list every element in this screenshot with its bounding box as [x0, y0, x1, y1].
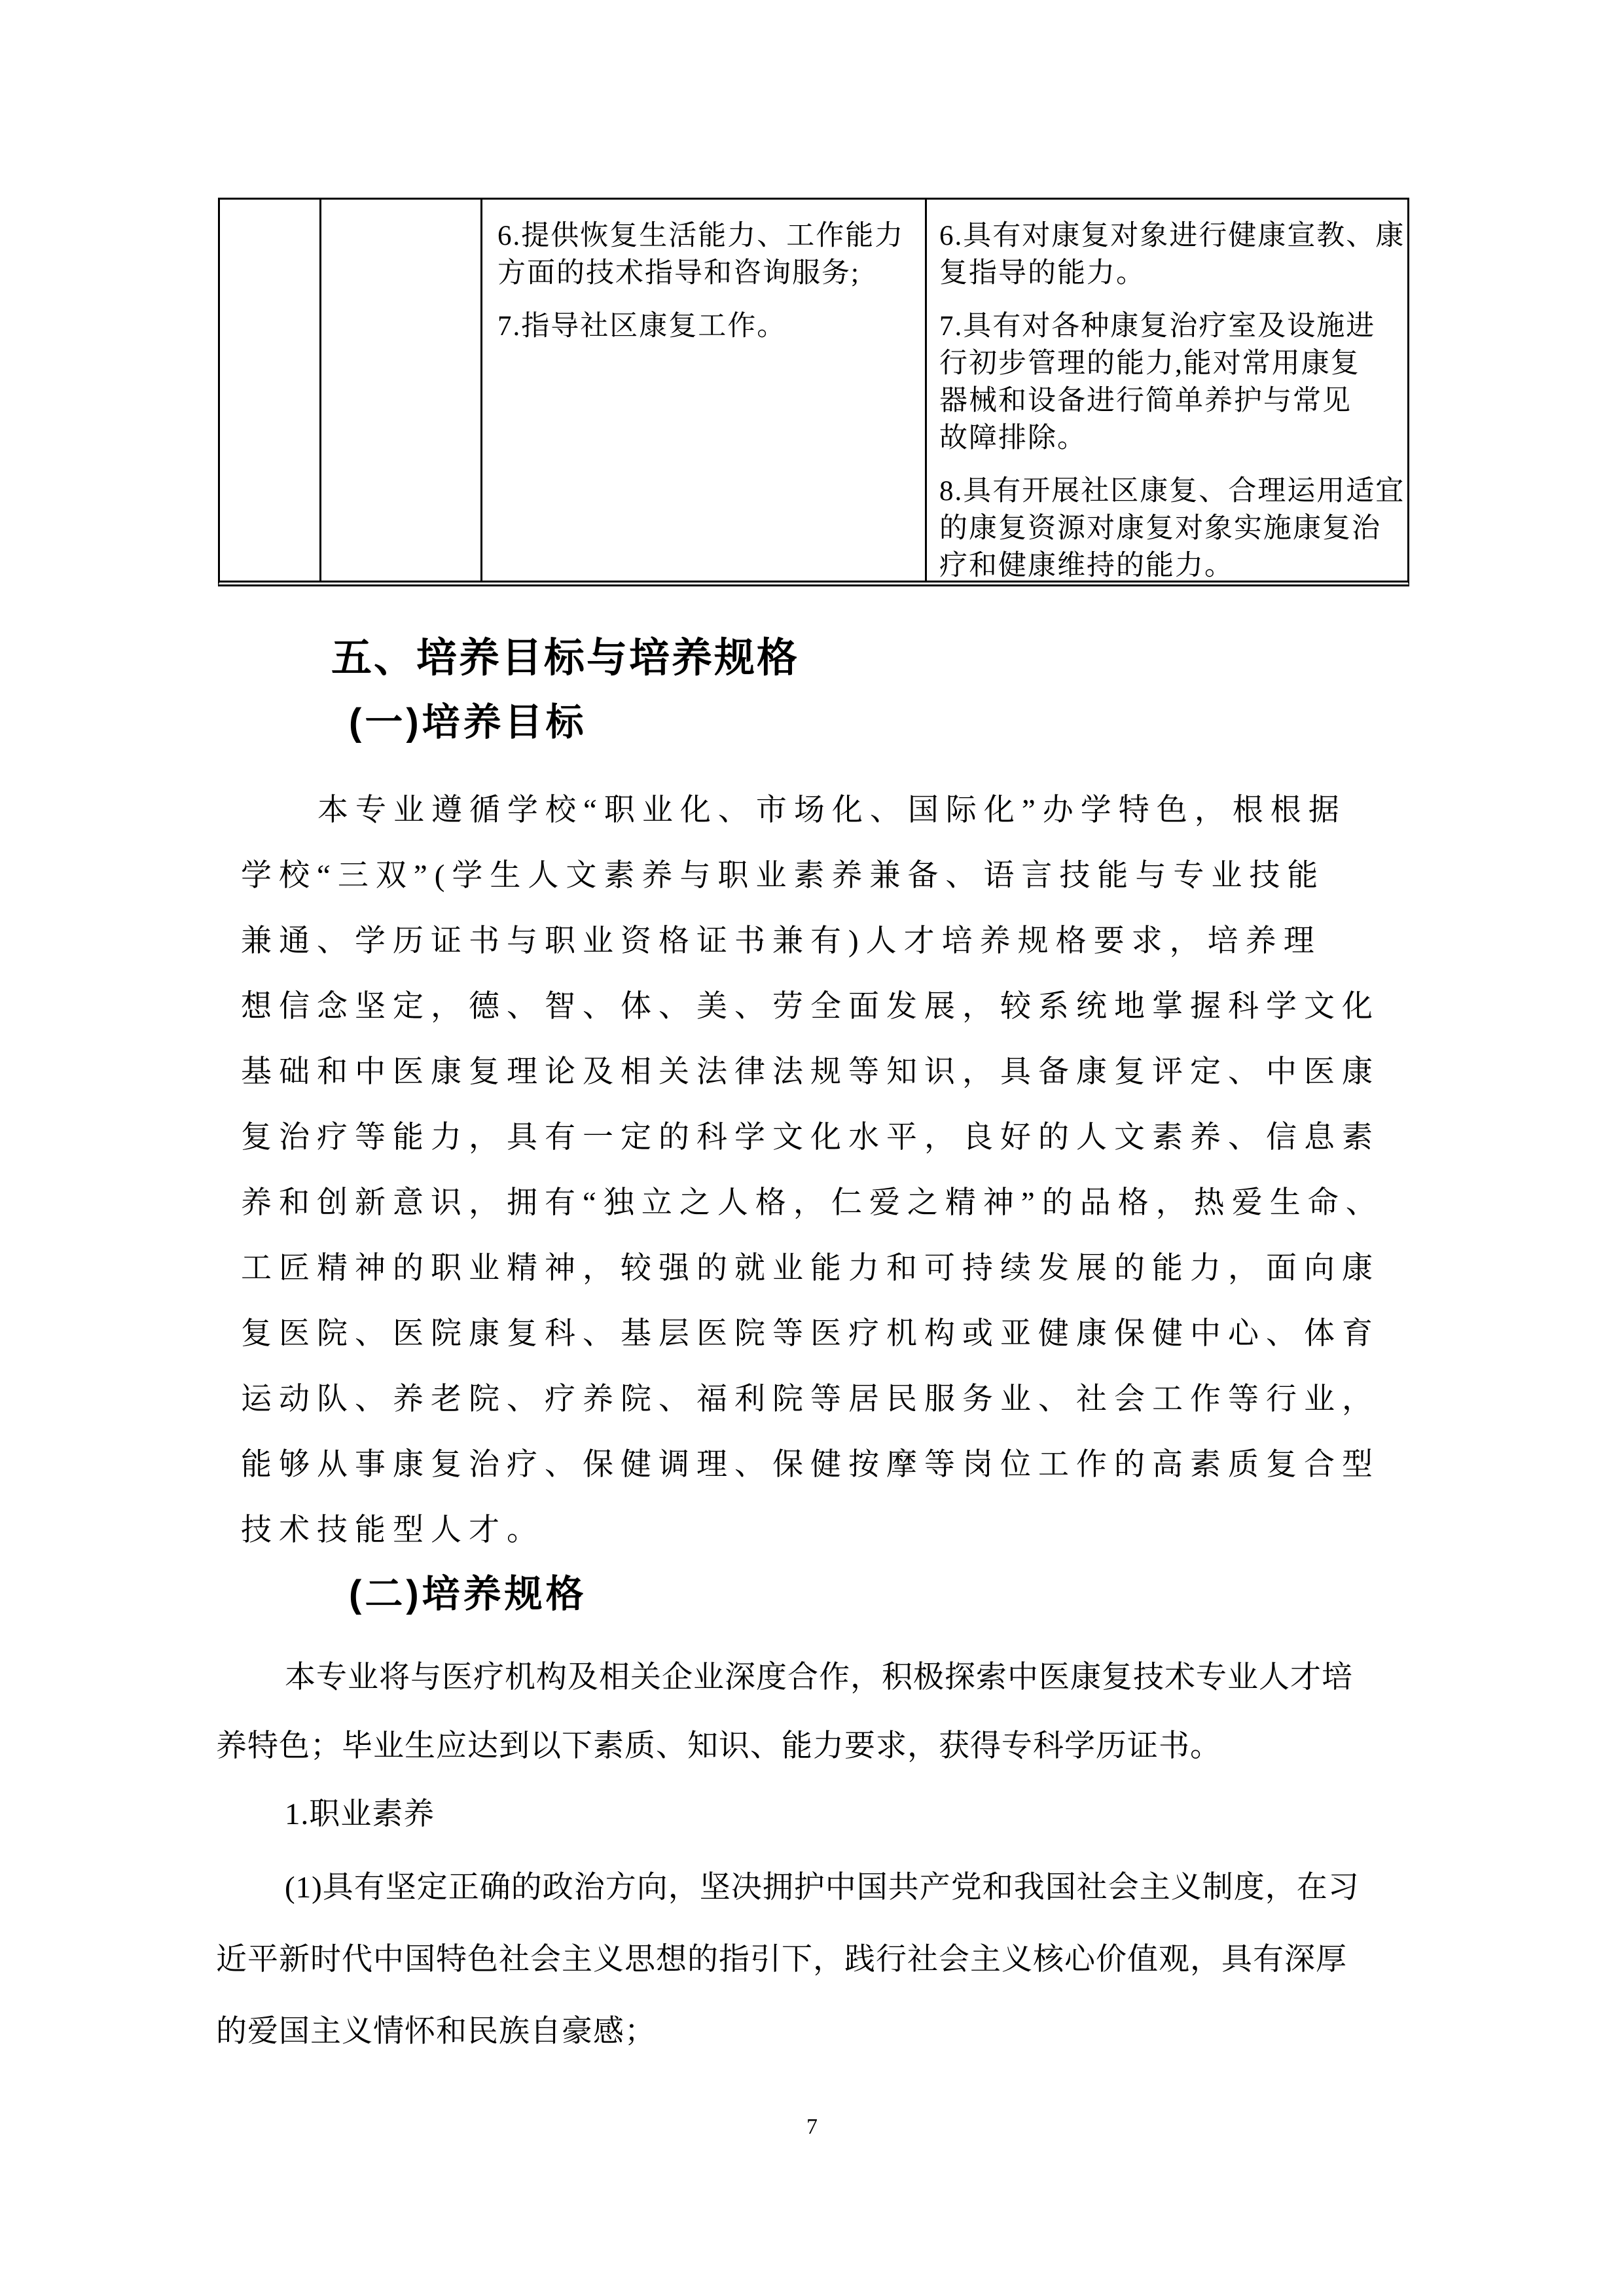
paragraph-line: 能够从事康复治疗、保健调理、保健按摩等岗位工作的高素质复合型 [241, 1432, 1413, 1498]
table-cell-empty-1 [220, 200, 319, 581]
table-text-line: 疗和健康维持的能力。 [939, 547, 1399, 581]
table-text-line: 行初步管理的能力,能对常用康复 [939, 345, 1399, 382]
page-number: 7 [0, 2114, 1624, 2140]
table-text-line: 6.具有对康复对象进行健康宣教、康 [939, 217, 1399, 255]
table-text-line: 7.具有对各种康复治疗室及设施进 [939, 308, 1399, 345]
table-text-line: 7.指导社区康复工作。 [497, 308, 913, 345]
paragraph-line: 想信念坚定，德、智、体、美、劳全面发展，较系统地掌握科学文化 [241, 974, 1413, 1039]
subsection-heading-objectives: (一)培养目标 [349, 702, 587, 744]
paragraph-line: 本专业将与医疗机构及相关企业深度合作，积极探索中医康复技术专业人才培 [216, 1643, 1413, 1712]
paragraph-line: 运动队、养老院、疗养院、福利院等居民服务业、社会工作等行业， [241, 1367, 1413, 1432]
paragraph-line: 养特色；毕业生应达到以下素质、知识、能力要求，获得专科学历证书。 [216, 1712, 1413, 1781]
table-text-line: 的康复资源对康复对象实施康复治 [939, 510, 1399, 547]
table-cell-abilities: 6.具有对康复对象进行健康宣教、康 复指导的能力。 7.具有对各种康复治疗室及设… [925, 200, 1411, 581]
paragraph-line: 学校“三双”(学生人文素养与职业素养兼备、语言技能与专业技能 [241, 843, 1413, 908]
table-text-line: 方面的技术指导和咨询服务; [497, 255, 913, 292]
table-text-line: 8.具有开展社区康复、合理运用适宜 [939, 473, 1399, 510]
paragraph-line: 的爱国主义情怀和民族自豪感； [216, 1996, 1413, 2068]
ability-item: 7.具有对各种康复治疗室及设施进 行初步管理的能力,能对常用康复 器械和设备进行… [939, 308, 1399, 457]
duties-abilities-table: 6.提供恢复生活能力、工作能力 方面的技术指导和咨询服务; 7.指导社区康复工作… [218, 198, 1409, 586]
paragraph-line: 技术技能型人才。 [241, 1498, 1413, 1563]
subsection-heading-specifications: (二)培养规格 [349, 1573, 587, 1615]
objectives-paragraph: 本专业遵循学校“职业化、市场化、国际化”办学特色，根根据 学校“三双”(学生人文… [241, 778, 1413, 1563]
paragraph-line: 本专业遵循学校“职业化、市场化、国际化”办学特色，根根据 [241, 778, 1413, 843]
paragraph-line: 复治疗等能力，具有一定的科学文化水平，良好的人文素养、信息素 [241, 1105, 1413, 1170]
section-heading: 五、培养目标与培养规格 [331, 636, 799, 681]
table-text-line: 故障排除。 [939, 420, 1399, 457]
paragraph-line: 兼通、学历证书与职业资格证书兼有)人才培养规格要求，培养理 [241, 908, 1413, 974]
ability-item: 6.具有对康复对象进行健康宣教、康 复指导的能力。 [939, 217, 1399, 292]
duty-item: 7.指导社区康复工作。 [497, 308, 913, 345]
table-text-line: 6.提供恢复生活能力、工作能力 [497, 217, 913, 255]
table-text-line: 复指导的能力。 [939, 255, 1399, 292]
table-cell-duties: 6.提供恢复生活能力、工作能力 方面的技术指导和咨询服务; 7.指导社区康复工作… [480, 200, 925, 581]
quality-heading: 1.职业素养 [285, 1796, 435, 1833]
paragraph-line: 基础和中医康复理论及相关法律法规等知识，具备康复评定、中医康 [241, 1039, 1413, 1105]
paragraph-line: 近平新时代中国特色社会主义思想的指引下，践行社会主义核心价值观，具有深厚 [216, 1924, 1413, 1996]
document-page: 6.提供恢复生活能力、工作能力 方面的技术指导和咨询服务; 7.指导社区康复工作… [0, 0, 1624, 2296]
paragraph-line: 工匠精神的职业精神，较强的就业能力和可持续发展的能力，面向康 [241, 1236, 1413, 1301]
paragraph-line: (1)具有坚定正确的政治方向，坚决拥护中国共产党和我国社会主义制度，在习 [216, 1852, 1413, 1924]
paragraph-line: 复医院、医院康复科、基层医院等医疗机构或亚健康保健中心、体育 [241, 1301, 1413, 1367]
ability-item: 8.具有开展社区康复、合理运用适宜 的康复资源对康复对象实施康复治 疗和健康维持… [939, 473, 1399, 581]
table-text-line: 器械和设备进行简单养护与常见 [939, 382, 1399, 420]
table-cell-empty-2 [319, 200, 480, 581]
duty-item: 6.提供恢复生活能力、工作能力 方面的技术指导和咨询服务; [497, 217, 913, 292]
specifications-paragraph: 本专业将与医疗机构及相关企业深度合作，积极探索中医康复技术专业人才培 养特色；毕… [216, 1643, 1413, 1781]
paragraph-line: 养和创新意识，拥有“独立之人格，仁爱之精神”的品格，热爱生命、 [241, 1170, 1413, 1236]
political-quality-paragraph: (1)具有坚定正确的政治方向，坚决拥护中国共产党和我国社会主义制度，在习 近平新… [216, 1852, 1413, 2068]
